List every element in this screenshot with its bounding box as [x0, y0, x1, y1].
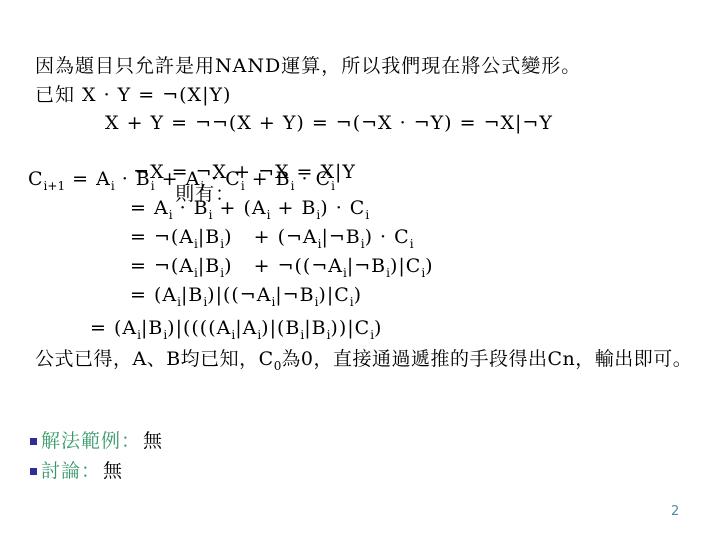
- bullet-item-solution-example: 解法範例： 無: [30, 429, 163, 453]
- carry-formula-line-1: Ci+1 = Ai · Bi + Ai · Ci + Bi · Ci: [28, 168, 335, 197]
- bullet-square-icon: [30, 468, 37, 475]
- intro-line: 因為題目只允許是用NAND運算，所以我們現在將公式變形。: [35, 55, 581, 77]
- presentation-slide: 因為題目只允許是用NAND運算，所以我們現在將公式變形。 已知 X · Y = …: [0, 0, 720, 540]
- bullet-square-icon: [30, 438, 37, 445]
- solution-example-label: 解法範例：: [41, 429, 141, 453]
- bullet-item-discussion: 討論： 無: [30, 459, 123, 483]
- summary-paragraph: 公式已得，A、B均已知，C0為0，直接通過遞推的手段得出Cn，輸出即可。: [35, 346, 697, 379]
- or-identity-formula-line: X + Y = ¬¬(X + Y) = ¬(¬X · ¬Y) = ¬X|¬Y: [105, 112, 553, 134]
- carry-formula-line-3: = ¬(Ai|Bi) + (¬Ai|¬Bi) · Ci: [130, 226, 414, 255]
- solution-example-value: 無: [143, 429, 163, 453]
- carry-formula-line-6: = (Ai|Bi)|((((Ai|Ai)|(Bi|Bi))|Ci): [90, 317, 382, 346]
- known-formula-line: 已知 X · Y = ¬(X|Y): [35, 84, 231, 106]
- carry-formula-line-5: = (Ai|Bi)|((¬Ai|¬Bi)|Ci): [130, 284, 362, 313]
- page-number: 2: [671, 504, 679, 519]
- discussion-value: 無: [103, 459, 123, 483]
- carry-formula-line-2: = Ai · Bi + (Ai + Bi) · Ci: [130, 197, 369, 226]
- carry-formula-line-4: = ¬(Ai|Bi) + ¬((¬Ai|¬Bi)|Ci): [130, 255, 434, 284]
- discussion-label: 討論：: [41, 459, 101, 483]
